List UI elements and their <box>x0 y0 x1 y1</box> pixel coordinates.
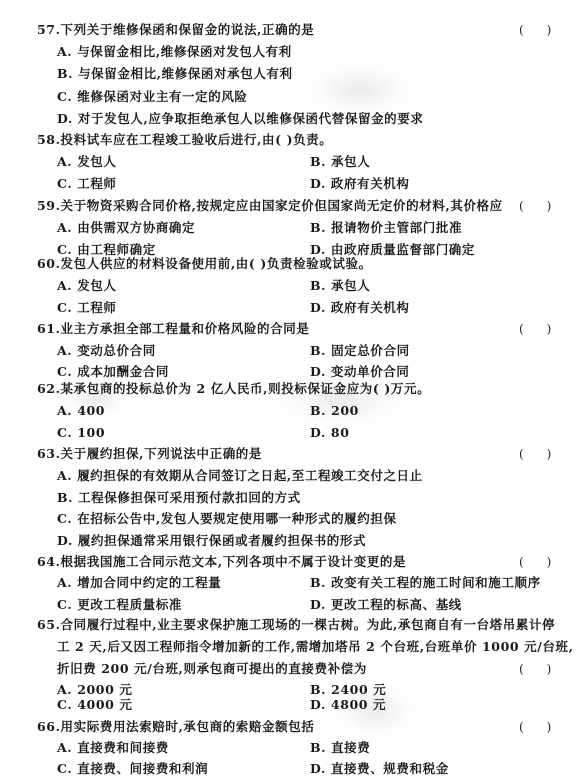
option-62-b[interactable]: B. 200 <box>310 403 359 419</box>
option-66-d[interactable]: D. 直接费、规费和税金 <box>310 761 449 777</box>
answer-blank-66[interactable]: ( ) <box>519 719 551 735</box>
question-62-stem: 62.某承包商的投标总价为 2 亿人民币,则投标保证金应为( )万元。 <box>37 381 430 397</box>
option-58-d[interactable]: D. 政府有关机构 <box>310 176 410 192</box>
exam-page: 57.下列关于维修保函和保留金的说法,正确的是 ( ) A. 与保留金相比,维修… <box>0 0 580 778</box>
option-58-c[interactable]: C. 工程师 <box>57 176 117 192</box>
answer-blank-59[interactable]: ( ) <box>519 198 551 214</box>
option-57-a[interactable]: A. 与保留金相比,维修保函对发包人有利 <box>57 44 292 60</box>
option-63-d[interactable]: D. 履约担保通常采用银行保函或者履约担保书的形式 <box>57 533 366 549</box>
option-62-a[interactable]: A. 400 <box>57 403 105 419</box>
question-57-stem: 57.下列关于维修保函和保留金的说法,正确的是 <box>37 22 314 38</box>
question-65-stem-line-2: 工 2 天,后又因工程师指令增加新的工作,需增加塔吊 2 个台班,台班单价 10… <box>57 639 574 655</box>
option-57-b[interactable]: B. 与保留金相比,维修保函对承包人有利 <box>57 66 293 82</box>
question-63-stem: 63.关于履约担保,下列说法中正确的是 <box>37 446 262 462</box>
option-59-b[interactable]: B. 报请物价主管部门批准 <box>310 220 462 236</box>
option-63-c[interactable]: C. 在招标公告中,发包人要规定使用哪一种形式的履约担保 <box>57 511 397 527</box>
option-63-a[interactable]: A. 履约担保的有效期从合同签订之日起,至工程竣工交付之日止 <box>57 468 423 484</box>
option-62-c[interactable]: C. 100 <box>57 425 105 441</box>
option-57-d[interactable]: D. 对于发包人,应争取拒绝承包人以维修保函代替保留金的要求 <box>57 111 423 127</box>
option-66-c[interactable]: C. 直接费、间接费和利润 <box>57 761 208 777</box>
answer-blank-63[interactable]: ( ) <box>519 446 551 462</box>
option-61-a[interactable]: A. 变动总价合同 <box>57 343 156 359</box>
option-66-b[interactable]: B. 直接费 <box>310 740 370 756</box>
answer-blank-61[interactable]: ( ) <box>519 321 551 337</box>
option-60-a[interactable]: A. 发包人 <box>57 278 117 294</box>
option-60-d[interactable]: D. 政府有关机构 <box>310 300 410 316</box>
option-64-b[interactable]: B. 改变有关工程的施工时间和施工顺序 <box>310 575 541 591</box>
option-65-c[interactable]: C. 4000 元 <box>57 697 132 713</box>
option-62-d[interactable]: D. 80 <box>310 425 350 441</box>
option-60-c[interactable]: C. 工程师 <box>57 300 117 316</box>
option-60-b[interactable]: B. 承包人 <box>310 278 370 294</box>
question-60-stem: 60.发包人供应的材料设备使用前,由( )负责检验或试验。 <box>37 256 372 272</box>
question-61-stem: 61.业主方承担全部工程量和价格风险的合同是 <box>37 321 309 337</box>
option-65-d[interactable]: D. 4800 元 <box>310 697 386 713</box>
question-59-stem: 59.关于物资采购合同价格,按规定应由国家定价但国家尚无定价的材料,其价格应 <box>37 198 503 214</box>
option-64-a[interactable]: A. 增加合同中约定的工程量 <box>57 575 221 591</box>
option-64-d[interactable]: D. 更改工程的标高、基线 <box>310 597 462 613</box>
question-65-stem-line-3: 折旧费 200 元/台班,则承包商可提出的直接费补偿为 <box>57 661 367 677</box>
question-64-stem: 64.根据我国施工合同示范文本,下列各项中不属于设计变更的是 <box>37 554 406 570</box>
option-65-b[interactable]: B. 2400 元 <box>310 682 386 698</box>
option-59-a[interactable]: A. 由供需双方协商确定 <box>57 220 195 236</box>
question-66-stem: 66.用实际费用法索赔时,承包商的索赔金额包括 <box>37 719 314 735</box>
option-65-a[interactable]: A. 2000 元 <box>57 682 132 698</box>
question-65-stem-line-1: 65.合同履行过程中,业主要求保护施工现场的一棵古树。为此,承包商自有一台塔吊累… <box>37 617 555 633</box>
option-61-d[interactable]: D. 变动单价合同 <box>310 364 410 380</box>
question-58-stem: 58.投料试车应在工程竣工验收后进行,由( )负责。 <box>37 132 332 148</box>
answer-blank-64[interactable]: ( ) <box>519 554 551 570</box>
option-58-a[interactable]: A. 发包人 <box>57 154 117 170</box>
answer-blank-57[interactable]: ( ) <box>519 22 551 38</box>
option-63-b[interactable]: B. 工程保修担保可采用预付款扣回的方式 <box>57 490 301 506</box>
option-57-c[interactable]: C. 维修保函对业主有一定的风险 <box>57 89 248 105</box>
option-61-c[interactable]: C. 成本加酬金合同 <box>57 364 169 380</box>
option-61-b[interactable]: B. 固定总价合同 <box>310 343 410 359</box>
option-66-a[interactable]: A. 直接费和间接费 <box>57 740 169 756</box>
option-64-c[interactable]: C. 更改工程质量标准 <box>57 597 182 613</box>
option-58-b[interactable]: B. 承包人 <box>310 154 370 170</box>
answer-blank-65[interactable]: ( ) <box>519 661 551 677</box>
